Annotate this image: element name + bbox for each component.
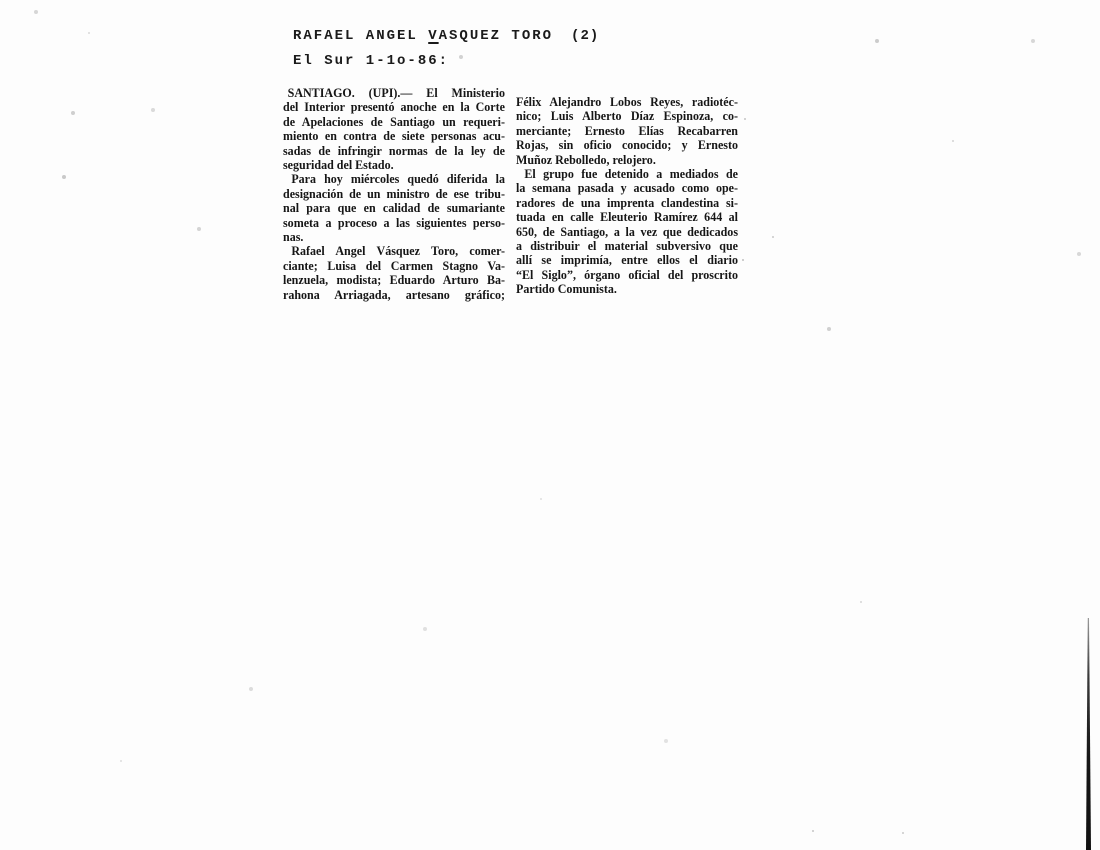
article-text-line: tuada en calle Eleuterio Ramírez 644 al <box>516 210 738 224</box>
scanner-edge-artifact-line <box>1086 618 1091 850</box>
article-text-line: rahona Arriagada, artesano gráfico; <box>283 288 505 302</box>
article-text-line: Para hoy miércoles quedó diferida la <box>283 172 505 186</box>
article-column-right: Félix Alejandro Lobos Reyes, radiotéc-ni… <box>516 95 738 297</box>
article-column-left: SANTIAGO. (UPI).— El Ministeriodel Inter… <box>283 86 505 302</box>
source-date-line: El Sur 1-1o-86: <box>293 53 449 70</box>
article-text-line: Rafael Angel Vásquez Toro, comer- <box>283 244 505 258</box>
article-text-line: radores de una imprenta clandestina si- <box>516 196 738 210</box>
article-text-line: merciante; Ernesto Elías Recabarren <box>516 124 738 138</box>
article-text-line: nal para que en calidad de sumariante <box>283 201 505 215</box>
article-text-line: nico; Luis Alberto Díaz Espinoza, co- <box>516 109 738 123</box>
article-text-line: sadas de infringir normas de la ley de <box>283 144 505 158</box>
article-text-line: a distribuir el material subversivo que <box>516 239 738 253</box>
header-clipping-number: (2) <box>571 28 599 44</box>
clipping-header-title: RAFAEL ANGEL VASQUEZ TORO(2) <box>293 28 599 45</box>
article-text-line: allí se imprimía, entre ellos el diario <box>516 253 738 267</box>
article-text-line: Partido Comunista. <box>516 282 738 296</box>
article-text-line: El grupo fue detenido a mediados de <box>516 167 738 181</box>
article-text-line: ciante; Luisa del Carmen Stagno Va- <box>283 259 505 273</box>
article-text-line: designación de un ministro de ese tribu- <box>283 187 505 201</box>
article-text-line: 650, de Santiago, a la vez que dedicados <box>516 225 738 239</box>
article-text-line: miento en contra de siete personas acu- <box>283 129 505 143</box>
article-text-line: del Interior presentó anoche en la Corte <box>283 100 505 114</box>
scanned-document-page: RAFAEL ANGEL VASQUEZ TORO(2) El Sur 1-1o… <box>0 0 1100 850</box>
header-title-underlined-letter: V <box>428 28 438 44</box>
article-text-line: de Apelaciones de Santiago un requeri- <box>283 115 505 129</box>
article-text-line: lenzuela, modista; Eduardo Arturo Ba- <box>283 273 505 287</box>
article-text-line: Rojas, sin oficio conocido; y Ernesto <box>516 138 738 152</box>
article-text-line: Félix Alejandro Lobos Reyes, radiotéc- <box>516 95 738 109</box>
article-text-line: seguridad del Estado. <box>283 158 505 172</box>
article-text-line: la semana pasada y acusado como ope- <box>516 181 738 195</box>
article-text-line: someta a proceso a las siguientes perso- <box>283 216 505 230</box>
header-title-part2: ASQUEZ TORO <box>439 28 553 44</box>
scan-noise-specks <box>0 0 2 2</box>
article-text-line: SANTIAGO. (UPI).— El Ministerio <box>283 86 505 100</box>
header-title-part1: RAFAEL ANGEL <box>293 28 428 44</box>
article-text-line: nas. <box>283 230 505 244</box>
article-text-line: “El Siglo”, órgano oficial del proscrito <box>516 268 738 282</box>
article-text-line: Muñoz Rebolledo, relojero. <box>516 153 738 167</box>
